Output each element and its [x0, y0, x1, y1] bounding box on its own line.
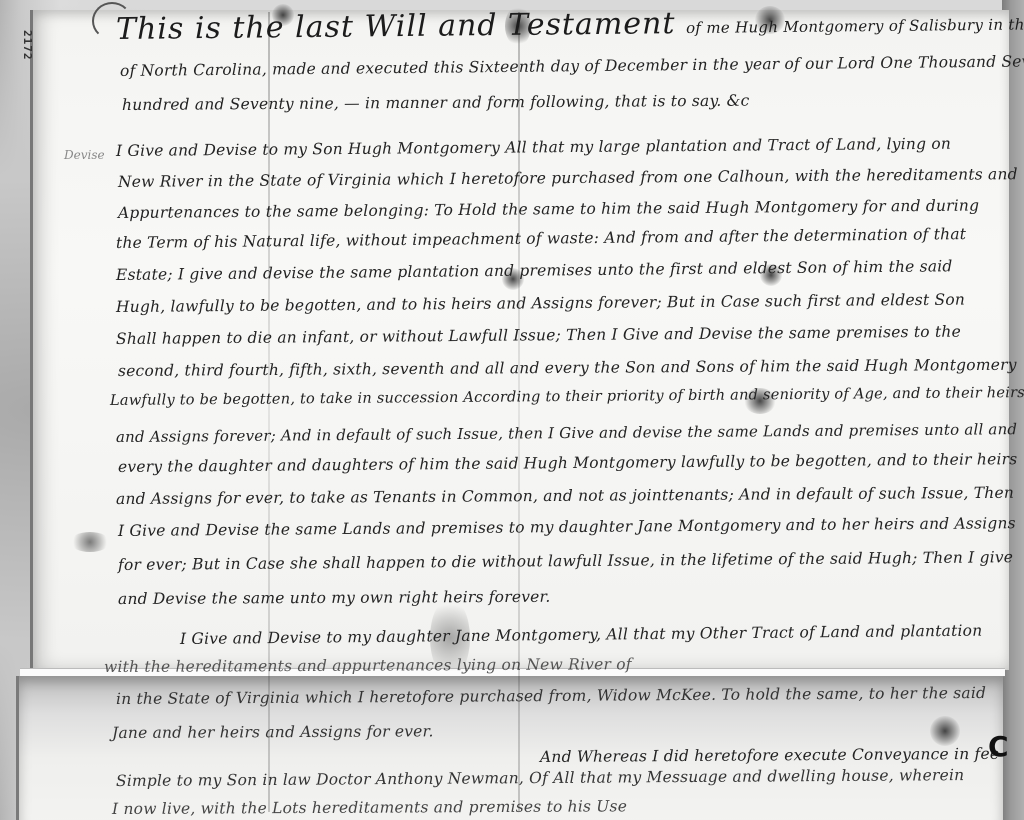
margin-note: Devise — [64, 148, 105, 162]
title-continuation: of me Hugh Montgomery of Salisbury in th… — [686, 15, 1024, 37]
document-line: and Devise the same unto my own right he… — [118, 588, 551, 608]
document-line: I now live, with the Lots hereditaments … — [112, 797, 627, 818]
corner-mark: C — [988, 730, 1009, 763]
document-line: with the hereditaments and appurtenances… — [104, 655, 632, 676]
document-line: Jane and her heirs and Assigns for ever. — [112, 722, 434, 742]
ink-stain — [70, 532, 110, 552]
title-text: This is the last Will and Testament — [116, 6, 676, 47]
ink-stain — [930, 716, 960, 746]
page-number: 2172 — [21, 30, 34, 61]
document-line: And Whereas I did heretofore execute Con… — [540, 745, 999, 766]
